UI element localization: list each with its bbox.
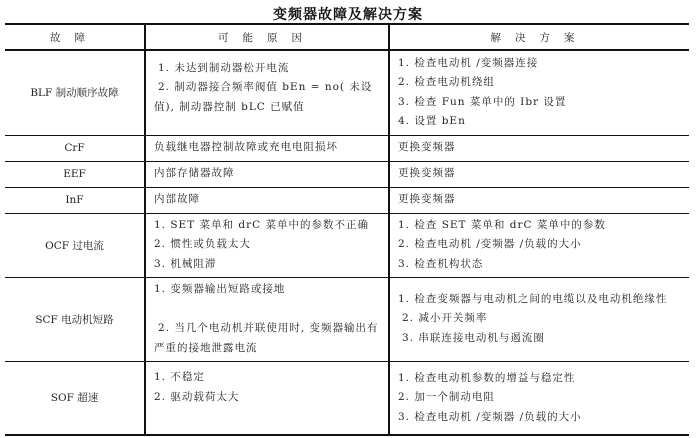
causes-cell: 1. 不稳定 2. 驱动载荷太大 [145, 361, 389, 435]
fault-code: SCF 电动机短路 [5, 277, 145, 361]
table-title: 变频器故障及解决方案 [0, 4, 696, 24]
solution-item: 更换变频器 [398, 164, 681, 184]
solution-item: 3. 检查电动机 /变频器 /负载的大小 [398, 408, 681, 428]
table-row: SOF 超速 1. 不稳定 2. 驱动载荷太大 1. 检查电动机参数的增益与稳定… [5, 361, 689, 435]
cause-item: 3. 机械阻滞 [154, 255, 380, 275]
solutions-cell: 更换变频器 [389, 161, 689, 187]
cause-item: 1. 变频器输出短路或接地 [154, 280, 380, 300]
solution-item: 3. 检查 Fun 菜单中的 Ibr 设置 [398, 93, 681, 113]
solutions-cell: 更换变频器 [389, 187, 689, 213]
solution-item: 2. 检查电动机 /变频器 /负载的大小 [398, 235, 681, 255]
table-row: CrF 负载继电器控制故障或充电电阻损坏 更换变频器 [5, 135, 689, 161]
causes-cell: 内部存储器故障 [145, 161, 389, 187]
solution-item: 1. 检查电动机 /变频器连接 [398, 54, 681, 74]
table-row: InF 内部故障 更换变频器 [5, 187, 689, 213]
solution-item: 1. 检查变频器与电动机之间的电缆以及电动机绝缘性 [398, 290, 681, 310]
solution-item: 更换变频器 [398, 138, 681, 158]
solutions-cell: 1. 检查变频器与电动机之间的电缆以及电动机绝缘性 2. 减小开关频率 3. 串… [389, 277, 689, 361]
header-row: 故障 可能原因 解决方案 [5, 24, 689, 50]
solution-item: 2. 加一个制动电阻 [398, 388, 681, 408]
header-causes: 可能原因 [145, 24, 389, 50]
cause-item: 1. 未达到制动器松开电流 [154, 59, 380, 79]
solution-item: 3. 检查机构状态 [398, 255, 681, 275]
solutions-cell: 1. 检查电动机参数的增益与稳定性 2. 加一个制动电阻 3. 检查电动机 /变… [389, 361, 689, 435]
causes-cell: 1. 变频器输出短路或接地 2. 当几个电动机并联使用时, 变频器输出有严重的接… [145, 277, 389, 361]
fault-code: OCF 过电流 [5, 213, 145, 277]
fault-code: BLF 制动顺序故障 [5, 50, 145, 135]
fault-code: SOF 超速 [5, 361, 145, 435]
causes-cell: 内部故障 [145, 187, 389, 213]
causes-cell: 负载继电器控制故障或充电电阻损坏 [145, 135, 389, 161]
solutions-cell: 更换变频器 [389, 135, 689, 161]
cause-item: 2. 惯性或负载太大 [154, 235, 380, 255]
cause-item: 2. 当几个电动机并联使用时, 变频器输出有严重的接地泄露电流 [154, 319, 380, 358]
cause-item: 负载继电器控制故障或充电电阻损坏 [154, 138, 380, 158]
solution-item: 1. 检查电动机参数的增益与稳定性 [398, 369, 681, 389]
causes-cell: 1. SET 菜单和 drC 菜单中的参数不正确 2. 惯性或负载太大 3. 机… [145, 213, 389, 277]
table-row: OCF 过电流 1. SET 菜单和 drC 菜单中的参数不正确 2. 惯性或负… [5, 213, 689, 277]
fault-code: InF [5, 187, 145, 213]
header-fault: 故障 [5, 24, 145, 50]
causes-cell: 1. 未达到制动器松开电流 2. 制动器接合频率阀值 bEn = no( 未设值… [145, 50, 389, 135]
solution-item: 4. 设置 bEn [398, 112, 681, 132]
solution-item: 3. 串联连接电动机与遏流圈 [398, 329, 681, 349]
solution-item: 更换变频器 [398, 190, 681, 210]
solutions-cell: 1. 检查 SET 菜单和 drC 菜单中的参数 2. 检查电动机 /变频器 /… [389, 213, 689, 277]
solution-item: 1. 检查 SET 菜单和 drC 菜单中的参数 [398, 216, 681, 236]
fault-table: 故障 可能原因 解决方案 BLF 制动顺序故障 1. 未达到制动器松开电流 2.… [5, 23, 689, 436]
cause-item: 内部故障 [154, 190, 380, 210]
table-row: SCF 电动机短路 1. 变频器输出短路或接地 2. 当几个电动机并联使用时, … [5, 277, 689, 361]
cause-item: 1. SET 菜单和 drC 菜单中的参数不正确 [154, 216, 380, 236]
solutions-cell: 1. 检查电动机 /变频器连接 2. 检查电动机绕组 3. 检查 Fun 菜单中… [389, 50, 689, 135]
fault-code: CrF [5, 135, 145, 161]
header-solutions: 解决方案 [389, 24, 689, 50]
cause-item: 2. 制动器接合频率阀值 bEn = no( 未设值), 制动器控制 bLC 已… [154, 78, 380, 117]
solution-item: 2. 检查电动机绕组 [398, 73, 681, 93]
table-row: EEF 内部存储器故障 更换变频器 [5, 161, 689, 187]
solution-item: 2. 减小开关频率 [398, 309, 681, 329]
cause-item: 内部存储器故障 [154, 164, 380, 184]
table-row: BLF 制动顺序故障 1. 未达到制动器松开电流 2. 制动器接合频率阀值 bE… [5, 50, 689, 135]
cause-item: 2. 驱动载荷太大 [154, 388, 380, 408]
fault-code: EEF [5, 161, 145, 187]
cause-item: 1. 不稳定 [154, 368, 380, 388]
